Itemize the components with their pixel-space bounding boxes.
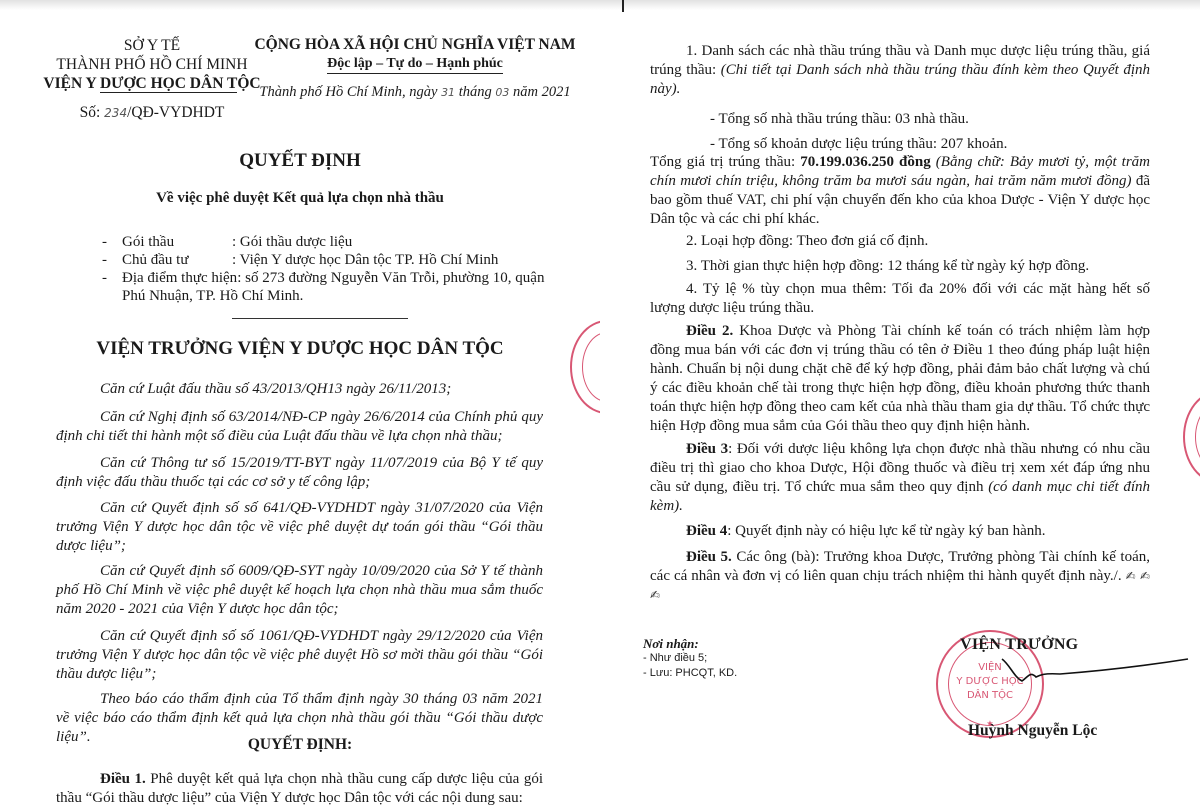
recipient-item: - Lưu: PHCQT, KD. bbox=[643, 666, 737, 681]
ground-6: Căn cứ Quyết định số số 1061/QĐ-VYDHDT n… bbox=[56, 627, 543, 684]
document-number: Số: 234/QĐ-VYDHDT bbox=[22, 103, 282, 123]
recipients-label: Nơi nhận: bbox=[643, 636, 737, 651]
stamp-line-3: DÂN TỘC bbox=[938, 690, 1042, 702]
signer-name: Huỳnh Nguyễn Lộc bbox=[968, 722, 1097, 740]
info-row-location: -Địa điểm thực hiện: số 273 đường Nguyễn… bbox=[102, 269, 544, 287]
article-1-label: Điều 1. bbox=[100, 771, 146, 787]
ground-5: Căn cứ Quyết định số 6009/QĐ-SYT ngày 10… bbox=[56, 562, 543, 619]
package-info: -Gói thầu: Gói thầu dược liệu -Chủ đầu t… bbox=[102, 233, 544, 305]
org-underlined: DƯỢC HỌC DÂN T bbox=[100, 75, 237, 93]
article-4: Điều 4: Quyết định này có hiệu lực kể từ… bbox=[650, 522, 1150, 541]
nation-title: CỘNG HÒA XÃ HỘI CHỦ NGHĨA VIỆT NAM bbox=[250, 36, 580, 54]
decide-heading: QUYẾT ĐỊNH: bbox=[0, 736, 600, 754]
result-bullet-items: - Tổng số khoản dược liệu trúng thầu: 20… bbox=[650, 135, 1150, 154]
authority-heading: VIỆN TRƯỞNG VIỆN Y DƯỢC HỌC DÂN TỘC bbox=[0, 338, 600, 360]
result-item-2: 2. Loại hợp đồng: Theo đơn giá cố định. bbox=[650, 232, 1150, 251]
document-page-left: SỞ Y TẾ THÀNH PHỐ HỒ CHÍ MINH VIỆN Y DƯỢ… bbox=[0, 0, 600, 811]
section-divider bbox=[232, 318, 408, 319]
date-day: 31 bbox=[441, 86, 455, 99]
issuer-header: SỞ Y TẾ THÀNH PHỐ HỒ CHÍ MINH VIỆN Y DƯỢ… bbox=[22, 36, 282, 123]
info-row-package: -Gói thầu: Gói thầu dược liệu bbox=[102, 233, 544, 251]
page-edge-mark bbox=[622, 0, 624, 12]
number-handwritten: 234 bbox=[104, 106, 127, 120]
result-item-3: 3. Thời gian thực hiện hợp đồng: 12 thán… bbox=[650, 257, 1150, 276]
issue-date: Thành phố Hồ Chí Minh, ngày 31 tháng 03 … bbox=[250, 84, 580, 101]
ground-1: Căn cứ Luật đấu thầu số 43/2013/QH13 ngà… bbox=[56, 380, 543, 399]
result-bullet-contractors: - Tổng số nhà thầu trúng thầu: 03 nhà th… bbox=[650, 110, 1150, 129]
scan-shadow bbox=[0, 0, 600, 10]
issuer-line2: THÀNH PHỐ HỒ CHÍ MINH bbox=[22, 55, 282, 74]
article-3: Điều 3: Đối với dược liệu không lựa chọn… bbox=[650, 440, 1150, 516]
result-item-1: 1. Danh sách các nhà thầu trúng thầu và … bbox=[650, 42, 1150, 99]
number-suffix: /QĐ-VYDHDT bbox=[127, 104, 224, 121]
ground-3: Căn cứ Thông tư số 15/2019/TT-BYT ngày 1… bbox=[56, 454, 543, 492]
decision-title: QUYẾT ĐỊNH bbox=[0, 150, 600, 172]
info-value: : Gói thầu dược liệu bbox=[232, 233, 352, 251]
info-key: Gói thầu bbox=[122, 233, 232, 251]
result-item-4: 4. Tỷ lệ % tùy chọn mua thêm: Tối đa 20%… bbox=[650, 280, 1150, 318]
date-year: năm 2021 bbox=[509, 84, 570, 100]
national-header: CỘNG HÒA XÃ HỘI CHỦ NGHĨA VIỆT NAM Độc l… bbox=[250, 36, 580, 101]
info-value: : số 273 đường Nguyễn Văn Trỗi, phường 1… bbox=[237, 269, 544, 287]
result-total-value: Tổng giá trị trúng thầu: 70.199.036.250 … bbox=[650, 153, 1150, 229]
issuer-organization: VIỆN Y DƯỢC HỌC DÂN TỘC bbox=[22, 74, 282, 93]
info-location-continuation: Phú Nhuận, TP. Hồ Chí Minh. bbox=[102, 287, 544, 305]
ground-4: Căn cứ Quyết định số số 641/QĐ-VYDHDT ng… bbox=[56, 499, 543, 556]
date-month: 03 bbox=[495, 86, 509, 99]
recipients-block: Nơi nhận: - Như điều 5; - Lưu: PHCQT, KD… bbox=[643, 636, 737, 681]
date-prefix: Thành phố Hồ Chí Minh, ngày bbox=[259, 84, 441, 100]
recipient-item: - Như điều 5; bbox=[643, 651, 737, 666]
info-value: : Viện Y dược học Dân tộc TP. Hồ Chí Min… bbox=[232, 251, 498, 269]
issuer-line1: SỞ Y TẾ bbox=[22, 36, 282, 55]
signer-title: VIỆN TRƯỞNG bbox=[960, 636, 1078, 654]
number-label: Số: bbox=[80, 104, 105, 121]
partial-stamp-left bbox=[570, 320, 600, 414]
decision-subtitle: Về việc phê duyệt Kết quả lựa chọn nhà t… bbox=[0, 190, 600, 207]
scan-shadow bbox=[600, 0, 1200, 10]
article-1: Điều 1. Phê duyệt kết quả lựa chọn nhà t… bbox=[56, 770, 543, 808]
article-5: Điều 5. Các ông (bà): Trưởng khoa Dược, … bbox=[650, 548, 1150, 605]
org-prefix: VIỆN Y bbox=[43, 75, 100, 92]
info-key: Địa điểm thực hiện bbox=[122, 269, 237, 287]
total-amount: 70.199.036.250 đồng bbox=[800, 154, 931, 170]
article-2: Điều 2. Khoa Dược và Phòng Tài chính kế … bbox=[650, 322, 1150, 436]
info-key: Chủ đầu tư bbox=[122, 251, 232, 269]
date-month-label: tháng bbox=[455, 84, 495, 100]
ground-2: Căn cứ Nghị định số 63/2014/NĐ-CP ngày 2… bbox=[56, 408, 543, 446]
info-row-investor: -Chủ đầu tư: Viện Y dược học Dân tộc TP.… bbox=[102, 251, 544, 269]
national-motto: Độc lập – Tự do – Hạnh phúc bbox=[327, 56, 503, 74]
handwritten-signature bbox=[1000, 655, 1190, 685]
